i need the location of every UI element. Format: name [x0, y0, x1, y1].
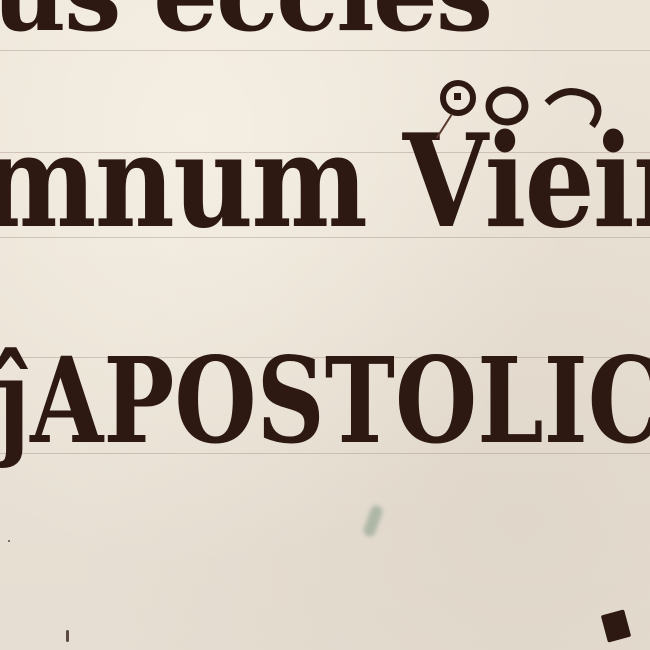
text-line-1: us eccles	[0, 0, 491, 46]
ink-speck	[66, 630, 69, 642]
ink-speck	[8, 540, 10, 542]
abbreviation-flourish-icon	[432, 78, 607, 138]
text-line-3: ĵAPOSTOLIC	[0, 342, 650, 460]
manuscript-page: us eccles mnum Viein ĵAPOSTOLIC	[0, 0, 650, 650]
ink-speck	[601, 609, 631, 642]
green-stain	[362, 504, 384, 538]
